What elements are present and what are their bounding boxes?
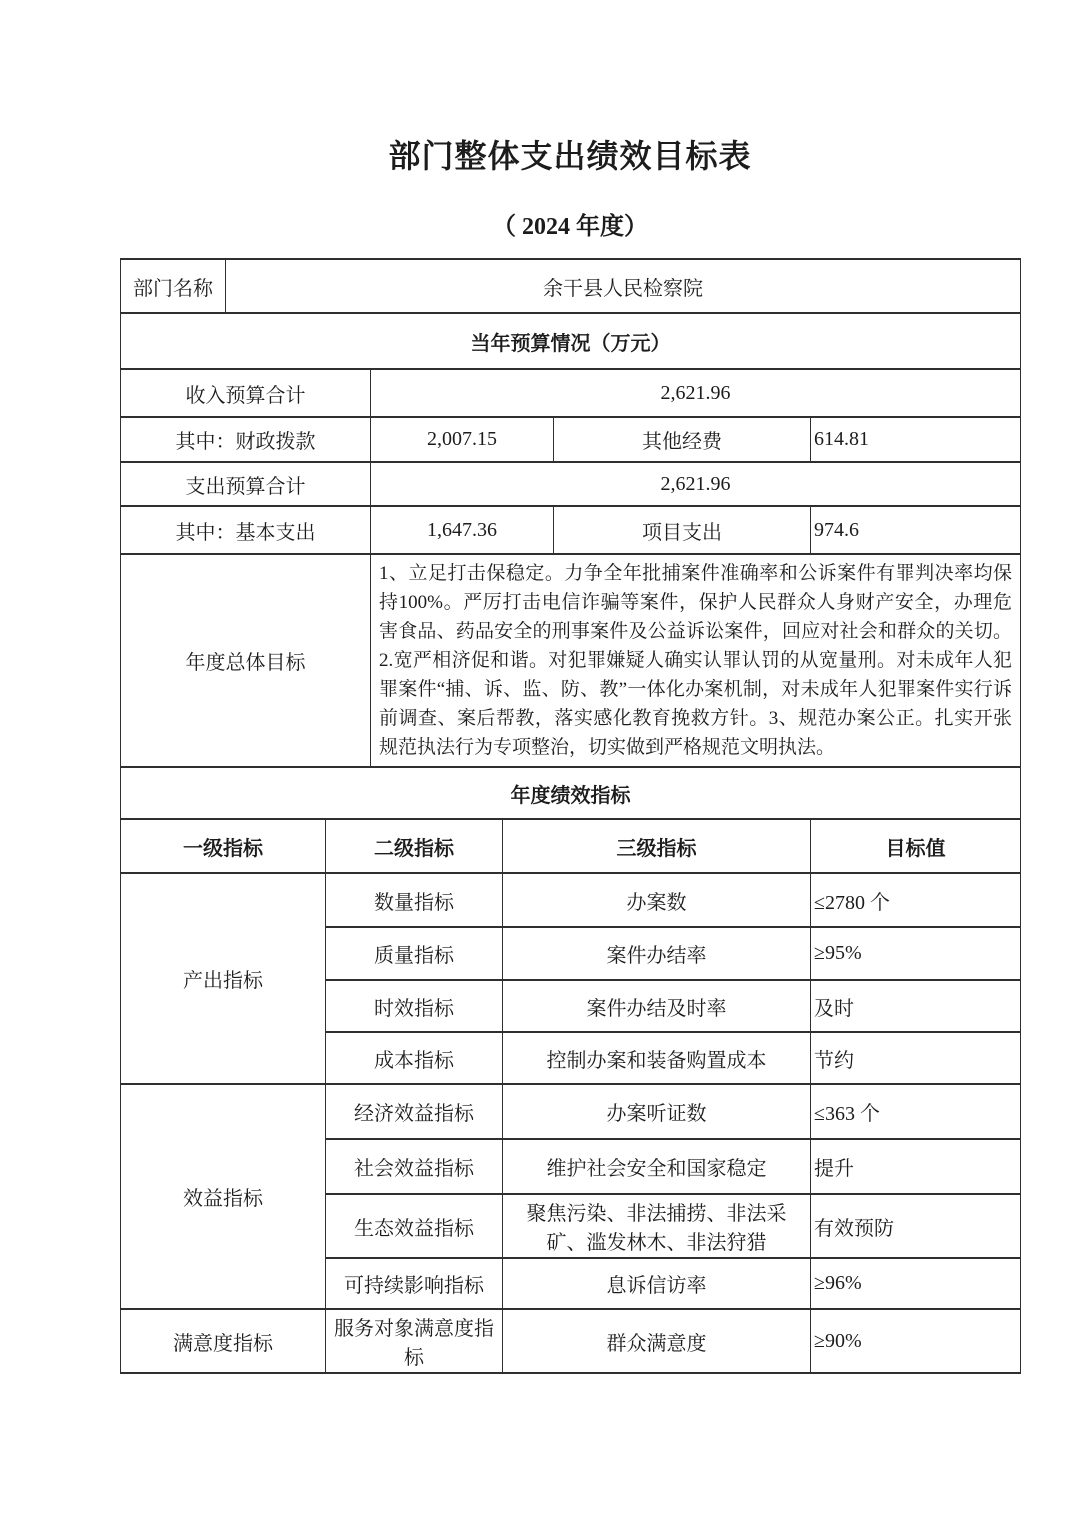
header-level2: 二级指标 bbox=[326, 819, 503, 873]
level2-economic-benefit: 经济效益指标 bbox=[326, 1084, 503, 1139]
basic-expense-row: 其中：基本支出 1,647.36 项目支出 974.6 bbox=[121, 506, 1021, 554]
other-funds-value: 614.81 bbox=[811, 417, 1021, 462]
level3-cost-control: 控制办案和装备购置成本 bbox=[503, 1032, 811, 1084]
budget-section-row: 当年预算情况（万元） bbox=[121, 313, 1021, 369]
header-level1: 一级指标 bbox=[121, 819, 326, 873]
expense-total-label: 支出预算合计 bbox=[121, 462, 371, 506]
level2-ecological-benefit: 生态效益指标 bbox=[326, 1194, 503, 1258]
target-petition-rate: ≥96% bbox=[811, 1258, 1021, 1309]
project-expense-value: 974.6 bbox=[811, 506, 1021, 554]
indicators-section-row: 年度绩效指标 bbox=[121, 767, 1021, 819]
level2-social-benefit: 社会效益指标 bbox=[326, 1139, 503, 1194]
indicators-header-row: 一级指标 二级指标 三级指标 目标值 bbox=[121, 819, 1021, 873]
basic-expense-value: 1,647.36 bbox=[371, 506, 554, 554]
expense-total-value: 2,621.96 bbox=[371, 462, 1021, 506]
level1-satisfaction-indicator: 满意度指标 bbox=[121, 1309, 326, 1373]
level2-service-satisfaction: 服务对象满意度指标 bbox=[326, 1309, 503, 1373]
basic-expense-label: 其中：基本支出 bbox=[121, 506, 371, 554]
fiscal-allocation-value: 2,007.15 bbox=[371, 417, 554, 462]
expense-total-row: 支出预算合计 2,621.96 bbox=[121, 462, 1021, 506]
target-ecological-focus: 有效预防 bbox=[811, 1194, 1021, 1258]
income-total-row: 收入预算合计 2,621.96 bbox=[121, 369, 1021, 417]
target-case-count: ≤2780 个 bbox=[811, 873, 1021, 927]
level3-case-count: 办案数 bbox=[503, 873, 811, 927]
level3-hearing-count: 办案听证数 bbox=[503, 1084, 811, 1139]
target-timely-rate: 及时 bbox=[811, 980, 1021, 1032]
annual-goal-text: 1、立足打击保稳定。力争全年批捕案件准确率和公诉案件有罪判决率均保持100%。严… bbox=[371, 554, 1021, 767]
dept-name-label: 部门名称 bbox=[121, 259, 226, 313]
annual-goal-label: 年度总体目标 bbox=[121, 554, 371, 767]
target-completion-rate: ≥95% bbox=[811, 927, 1021, 980]
project-expense-label: 项目支出 bbox=[554, 506, 811, 554]
annual-goal-row: 年度总体目标 1、立足打击保稳定。力争全年批捕案件准确率和公诉案件有罪判决率均保… bbox=[121, 554, 1021, 767]
level2-quality: 质量指标 bbox=[326, 927, 503, 980]
indicators-section-title: 年度绩效指标 bbox=[121, 767, 1021, 819]
level2-timeliness: 时效指标 bbox=[326, 980, 503, 1032]
level2-sustainable-impact: 可持续影响指标 bbox=[326, 1258, 503, 1309]
income-total-value: 2,621.96 bbox=[371, 369, 1021, 417]
target-social-stability: 提升 bbox=[811, 1139, 1021, 1194]
level3-social-stability: 维护社会安全和国家稳定 bbox=[503, 1139, 811, 1194]
level3-completion-rate: 案件办结率 bbox=[503, 927, 811, 980]
budget-section-title: 当年预算情况（万元） bbox=[121, 313, 1021, 369]
doc-year-subtitle: （ 2024 年度） bbox=[120, 212, 1020, 242]
target-public-satisfaction: ≥90% bbox=[811, 1309, 1021, 1373]
dept-name-row: 部门名称 余干县人民检察院 bbox=[121, 259, 1021, 313]
target-cost-control: 节约 bbox=[811, 1032, 1021, 1084]
level1-output-indicator: 产出指标 bbox=[121, 873, 326, 1084]
header-target: 目标值 bbox=[811, 819, 1021, 873]
other-funds-label: 其他经费 bbox=[554, 417, 811, 462]
performance-target-table: 部门名称 余干县人民检察院 当年预算情况（万元） 收入预算合计 2,621.96… bbox=[120, 258, 1021, 1374]
level3-public-satisfaction: 群众满意度 bbox=[503, 1309, 811, 1373]
level3-petition-rate: 息诉信访率 bbox=[503, 1258, 811, 1309]
level1-benefit-indicator: 效益指标 bbox=[121, 1084, 326, 1309]
indicator-row-economic: 效益指标 经济效益指标 办案听证数 ≤363 个 bbox=[121, 1084, 1021, 1139]
level2-cost: 成本指标 bbox=[326, 1032, 503, 1084]
indicator-row-quantity: 产出指标 数量指标 办案数 ≤2780 个 bbox=[121, 873, 1021, 927]
header-level3: 三级指标 bbox=[503, 819, 811, 873]
income-total-label: 收入预算合计 bbox=[121, 369, 371, 417]
level3-timely-rate: 案件办结及时率 bbox=[503, 980, 811, 1032]
fiscal-allocation-row: 其中：财政拨款 2,007.15 其他经费 614.81 bbox=[121, 417, 1021, 462]
level2-quantity: 数量指标 bbox=[326, 873, 503, 927]
indicator-row-satisfaction: 满意度指标 服务对象满意度指标 群众满意度 ≥90% bbox=[121, 1309, 1021, 1373]
fiscal-allocation-label: 其中：财政拨款 bbox=[121, 417, 371, 462]
doc-title: 部门整体支出绩效目标表 bbox=[120, 138, 1020, 175]
target-hearing-count: ≤363 个 bbox=[811, 1084, 1021, 1139]
dept-name-value: 余干县人民检察院 bbox=[226, 259, 1021, 313]
level3-ecological-focus: 聚焦污染、非法捕捞、非法采矿、滥发林木、非法狩猎 bbox=[503, 1194, 811, 1258]
